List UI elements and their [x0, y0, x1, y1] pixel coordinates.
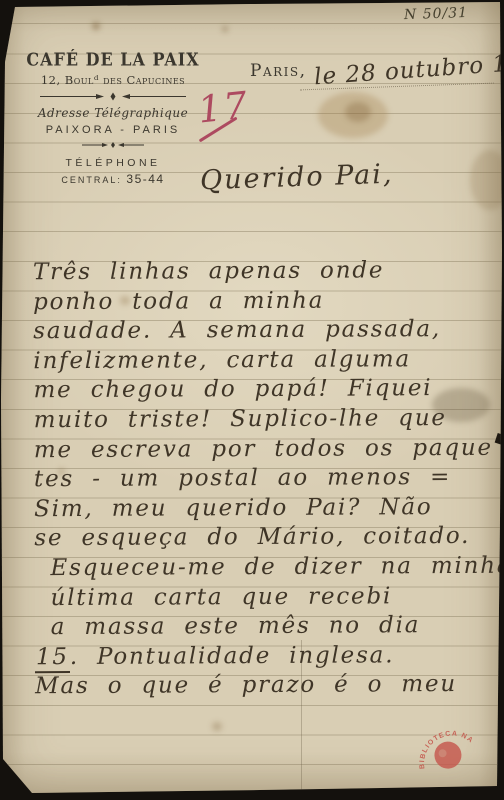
cafe-name: CAFÉ DE LA PAIX	[22, 49, 204, 70]
letter-line: Mas o que é prazo é o meu	[35, 671, 497, 703]
letter-line: se esqueça do Mário, coitado.	[34, 523, 496, 555]
letter-line: saudade. A semana passada,	[33, 316, 495, 348]
letter-line: infelizmente, carta alguma	[33, 346, 495, 378]
letter-line-day: 15. Pontualidade inglesa.	[35, 642, 497, 674]
letter-line: me chegou do papá! Fiquei	[33, 375, 495, 407]
letter-line: Esqueceu-me de dizer na minha	[50, 553, 496, 585]
phone-digits: 35-44	[126, 172, 164, 186]
ornament-divider-icon	[81, 141, 145, 149]
scan-background: { "annotations": { "archive_ref": "N 50/…	[0, 0, 504, 800]
phone-label: TÉLÉPHONE	[22, 157, 204, 169]
letter-line: ponho toda a minha	[33, 286, 495, 318]
letter-line: última carta que recebi	[51, 582, 497, 614]
telegraph-name: PAIXORA - PARIS	[22, 124, 204, 136]
telegraph-label: Adresse Télégraphique	[22, 106, 204, 120]
dateline: Paris, le 28 outubro 1915	[250, 56, 504, 82]
phone-prefix: CENTRAL:	[61, 175, 122, 185]
letter-line: me escreva por todos os paque	[34, 434, 496, 466]
printed-city: Paris,	[250, 61, 307, 81]
letter-line: a massa este mês no dia	[51, 612, 497, 644]
underlined-day-number: 15	[35, 644, 70, 673]
letter-paper: N 50/31 CAFÉ DE LA PAIX 12, Boulᵈ des Ca…	[0, 0, 504, 800]
letterhead: CAFÉ DE LA PAIX 12, Boulᵈ des Capucines …	[22, 50, 204, 186]
letter-line: Três linhas apenas onde	[33, 257, 495, 289]
letter-line: muito triste! Suplico-lhe que	[34, 405, 496, 437]
cafe-address: 12, Boulᵈ des Capucines	[22, 73, 204, 87]
day-line-rest: . Pontualidade inglesa.	[70, 642, 395, 670]
letter-line: Sim, meu querido Pai? Não	[34, 494, 496, 526]
letter-line: tes - um postal ao menos =	[34, 464, 496, 496]
ornament-divider-icon	[38, 92, 188, 101]
phone-number: CENTRAL: 35-44	[22, 172, 204, 186]
letter-body: Três linhas apenas onde ponho toda a min…	[33, 257, 497, 703]
archive-ref: N 50/31	[404, 5, 469, 23]
